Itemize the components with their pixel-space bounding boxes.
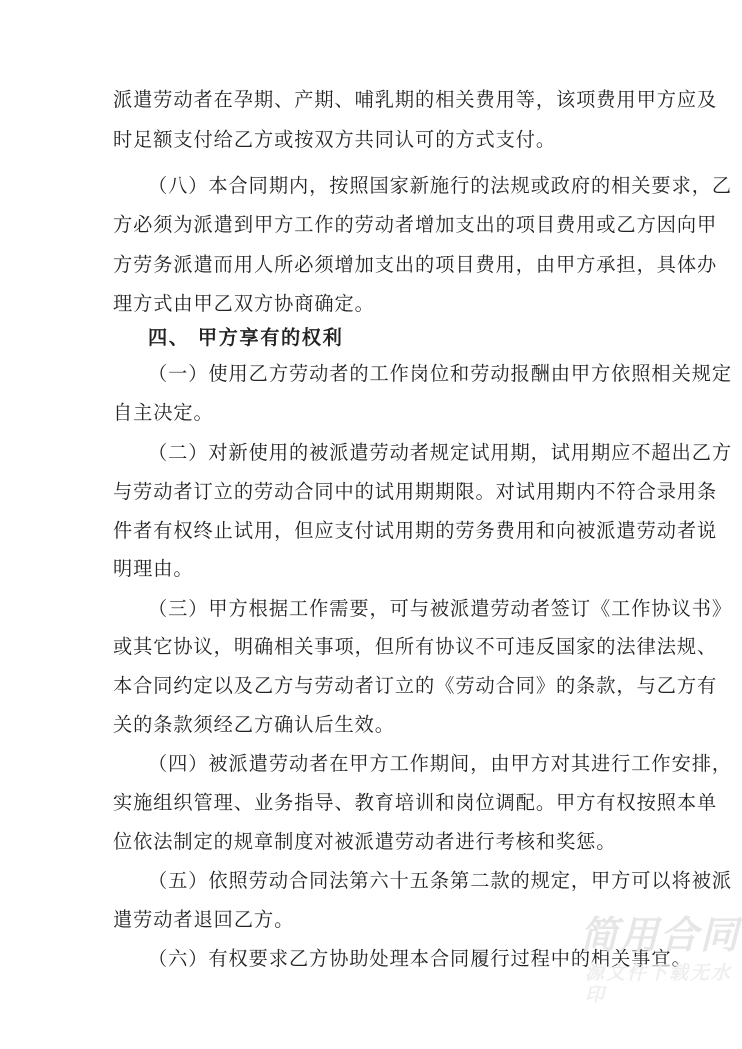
paragraph-line: 与劳动者订立的劳动合同中的试用期期限。对试用期内不符合录用条 [113, 480, 643, 504]
paragraph-line: 派遣劳动者在孕期、产期、哺乳期的相关费用等，该项费用甲方应及 [113, 88, 643, 112]
section-heading: 四、 甲方享有的权利 [148, 326, 678, 350]
paragraph-line: 件者有权终止试用，但应支付试用期的劳务费用和向被派遣劳动者说 [113, 519, 643, 543]
paragraph-line: 时足额支付给乙方或按双方共同认可的方式支付。 [113, 128, 643, 152]
watermark-subtitle: 源文件下载无水印 [585, 962, 742, 1006]
clause-8-line: （八）本合同期内，按照国家新施行的法规或政府的相关要求，乙 [148, 174, 678, 198]
paragraph-line: 或其它协议，明确相关事项，但所有协议不可违反国家的法律法规、 [113, 635, 643, 659]
clause-5-line: （五）依照劳动合同法第六十五条第二款的规定，甲方可以将被派 [148, 869, 678, 893]
paragraph-line: 理方式由甲乙双方协商确定。 [113, 292, 643, 316]
document-page: 派遣劳动者在孕期、产期、哺乳期的相关费用等，该项费用甲方应及 时足额支付给乙方或… [0, 0, 742, 1049]
paragraph-line: 实施组织管理、业务指导、教育培训和岗位调配。甲方有权按照本单 [113, 791, 643, 815]
clause-1-line: （一）使用乙方劳动者的工作岗位和劳动报酬由甲方依照相关规定 [148, 362, 678, 386]
paragraph-line: 方劳务派遣而用人所必须增加支出的项目费用，由甲方承担，具体办 [113, 253, 643, 277]
paragraph-line: 明理由。 [113, 557, 643, 581]
watermark-title: 简用合同 [580, 913, 740, 957]
paragraph-line: 自主决定。 [113, 401, 643, 425]
clause-4-line: （四）被派遣劳动者在甲方工作期间，由甲方对其进行工作安排， [148, 752, 678, 776]
clause-3-line: （三）甲方根据工作需要，可与被派遣劳动者签订《工作协议书》 [148, 597, 678, 621]
paragraph-line: 位依法制定的规章制度对被派遣劳动者进行考核和奖惩。 [113, 830, 643, 854]
clause-2-line: （二）对新使用的被派遣劳动者规定试用期，试用期应不超出乙方 [148, 441, 678, 465]
paragraph-line: 遣劳动者退回乙方。 [113, 908, 643, 932]
paragraph-line: 方必须为派遣到甲方工作的劳动者增加支出的项目费用或乙方因向甲 [113, 213, 643, 237]
paragraph-line: 关的条款须经乙方确认后生效。 [113, 713, 643, 737]
paragraph-line: 本合同约定以及乙方与劳动者订立的《劳动合同》的条款，与乙方有 [113, 674, 643, 698]
